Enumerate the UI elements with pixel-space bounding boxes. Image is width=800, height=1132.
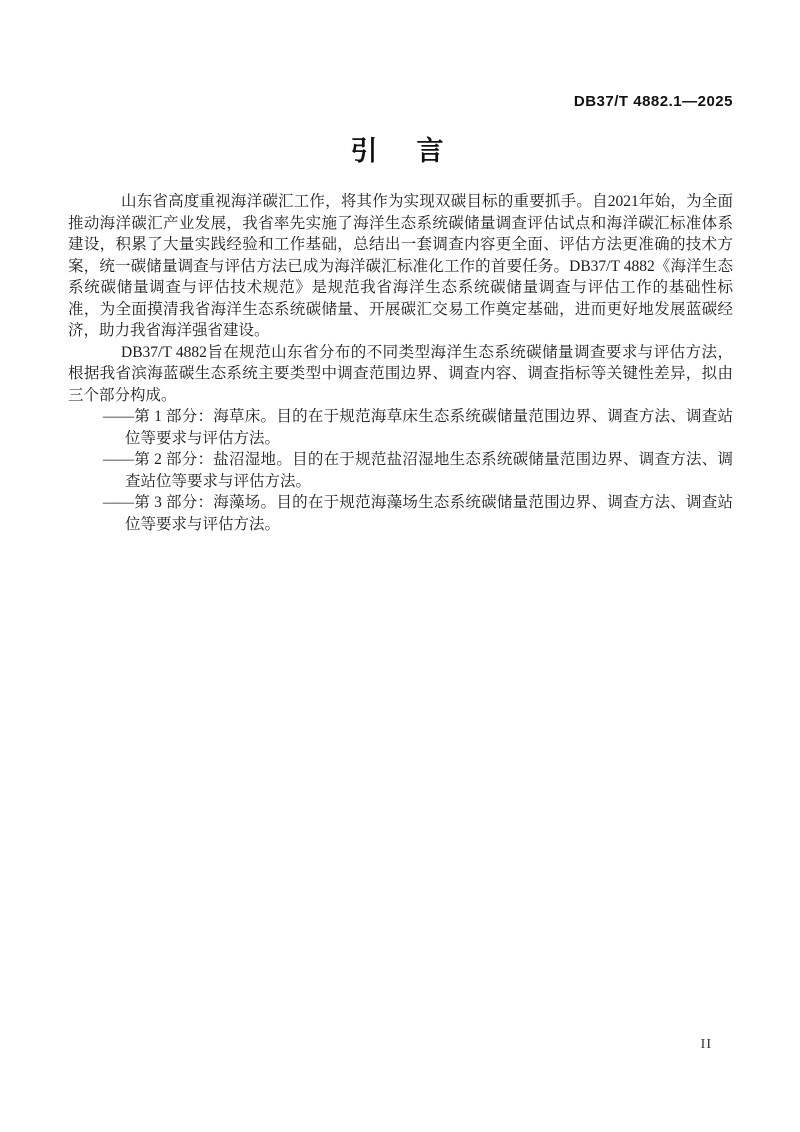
page-title: 引 言 (0, 129, 800, 168)
document-parts-list: ——第 1 部分：海草床。目的在于规范海草床生态系统碳储量范围边界、调查方法、调… (68, 406, 733, 535)
intro-paragraph-2: DB37/T 4882旨在规范山东省分布的不同类型海洋生态系统碳储量调查要求与评… (68, 342, 733, 407)
list-item-part-3: ——第 3 部分：海藻场。目的在于规范海藻场生态系统碳储量范围边界、调查方法、调… (68, 492, 733, 535)
list-item-part-2: ——第 2 部分：盐沼湿地。目的在于规范盐沼湿地生态系统碳储量范围边界、调查方法… (68, 449, 733, 492)
intro-paragraph-1: 山东省高度重视海洋碳汇工作，将其作为实现双碳目标的重要抓手。自2021年始，为全… (68, 191, 733, 342)
document-page: DB37/T 4882.1—2025 引 言 山东省高度重视海洋碳汇工作，将其作… (0, 0, 800, 1132)
list-item-part-1: ——第 1 部分：海草床。目的在于规范海草床生态系统碳储量范围边界、调查方法、调… (68, 406, 733, 449)
page-number: II (701, 1037, 712, 1053)
standard-number: DB37/T 4882.1—2025 (574, 93, 733, 110)
document-body: 山东省高度重视海洋碳汇工作，将其作为实现双碳目标的重要抓手。自2021年始，为全… (68, 191, 733, 535)
